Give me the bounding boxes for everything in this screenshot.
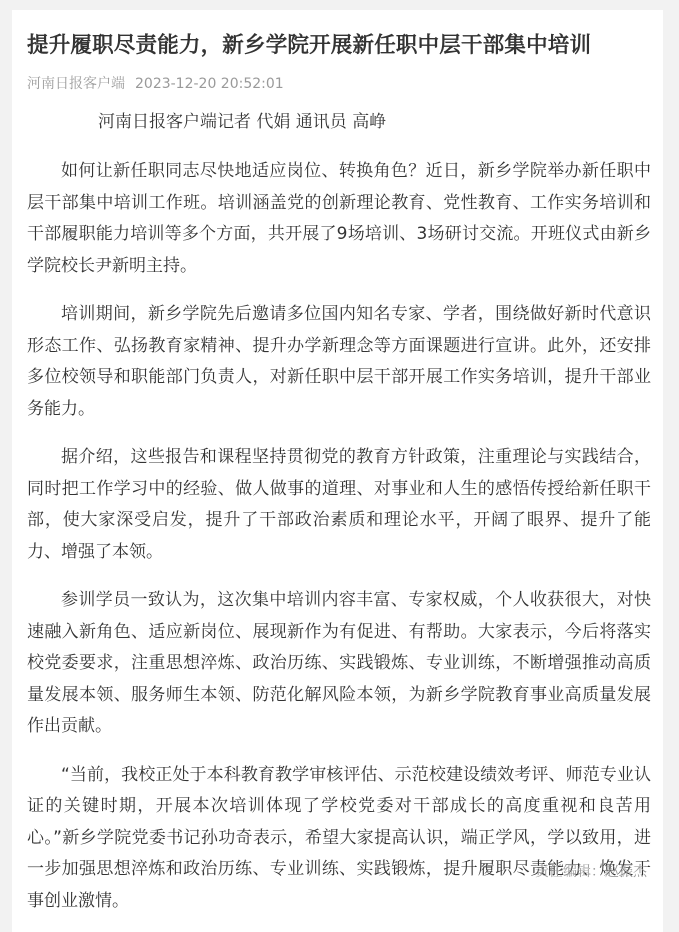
article-source: 河南日报客户端 xyxy=(27,76,125,92)
article-paragraph: 如何让新任职同志尽快地适应岗位、转换角色？近日，新乡学院举办新任职中层干部集中培… xyxy=(27,156,651,282)
article-title: 提升履职尽责能力，新乡学院开展新任职中层干部集中培训 xyxy=(27,30,657,62)
article-paragraph: 参训学员一致认为，这次集中培训内容丰富、专家权威，个人收获很大，对快速融入新角色… xyxy=(27,585,651,743)
article-body: 如何让新任职同志尽快地适应岗位、转换角色？近日，新乡学院举办新任职中层干部集中培… xyxy=(27,156,651,932)
article-byline: 河南日报客户端记者 代娟 通讯员 高峥 xyxy=(98,109,386,135)
responsible-editor: 责任编辑：赵振杰 xyxy=(535,861,647,883)
article-card: 提升履职尽责能力，新乡学院开展新任职中层干部集中培训 河南日报客户端2023-1… xyxy=(12,10,663,932)
article-paragraph: 据介绍，这些报告和课程坚持贯彻党的教育方针政策，注重理论与实践结合，同时把工作学… xyxy=(27,442,651,568)
article-paragraph: “当前，我校正处于本科教育教学审核评估、示范校建设绩效考评、师范专业认证的关键时… xyxy=(27,760,651,918)
article-paragraph: 培训期间，新乡学院先后邀请多位国内知名专家、学者，围绕做好新时代意识形态工作、弘… xyxy=(27,299,651,425)
article-meta: 河南日报客户端2023-12-20 20:52:01 xyxy=(27,74,284,94)
article-datetime: 2023-12-20 20:52:01 xyxy=(135,76,284,92)
